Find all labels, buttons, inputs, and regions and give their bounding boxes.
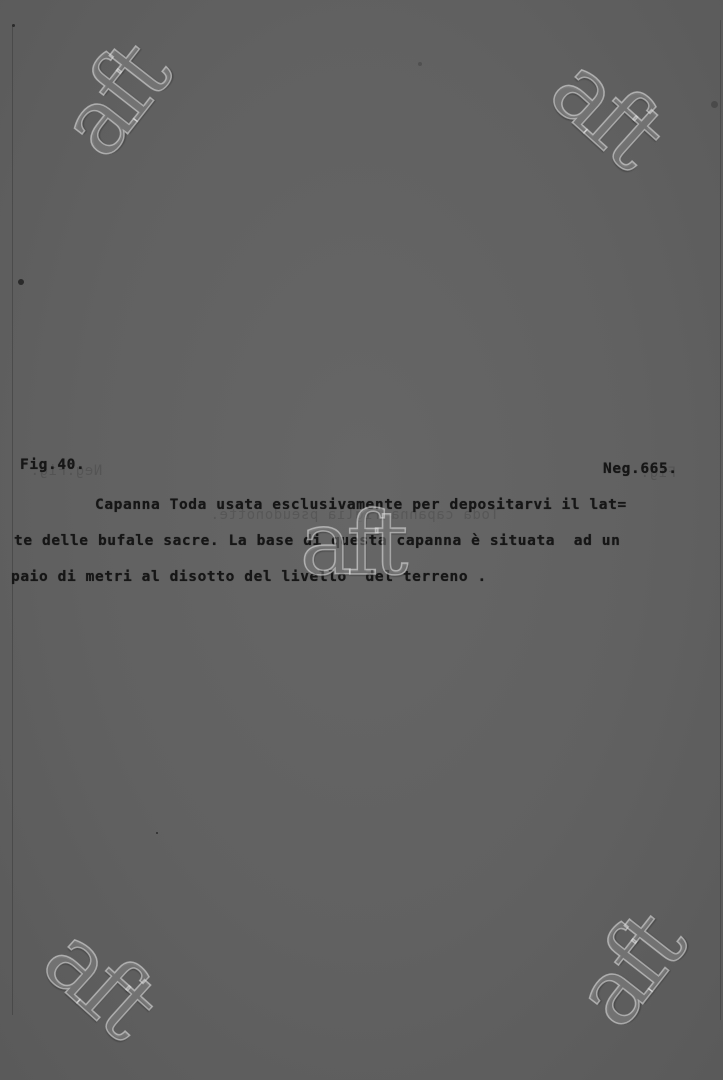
figure-label: Fig.40. — [20, 457, 85, 473]
right-edge-line — [720, 20, 721, 1020]
watermark-top-right: aft — [535, 41, 677, 182]
dust-speck — [711, 101, 718, 108]
watermark-bottom-left: aft — [28, 911, 170, 1052]
watermark-bottom-right: aft — [559, 900, 698, 1042]
dust-speck — [12, 24, 15, 27]
dust-speck — [18, 279, 24, 285]
dust-speck — [156, 832, 158, 834]
watermark-top-left: aft — [44, 30, 183, 172]
caption-line-3: paio di metri al disotto del livello del… — [11, 569, 487, 585]
dust-speck — [418, 62, 422, 66]
watermark-center: aft — [300, 500, 402, 588]
document-page: Neg.Fig. Toda capanna figlia pseudonotte… — [0, 0, 723, 1080]
left-margin-line — [12, 25, 13, 1015]
negative-number-label: Neg.665. — [603, 461, 678, 477]
